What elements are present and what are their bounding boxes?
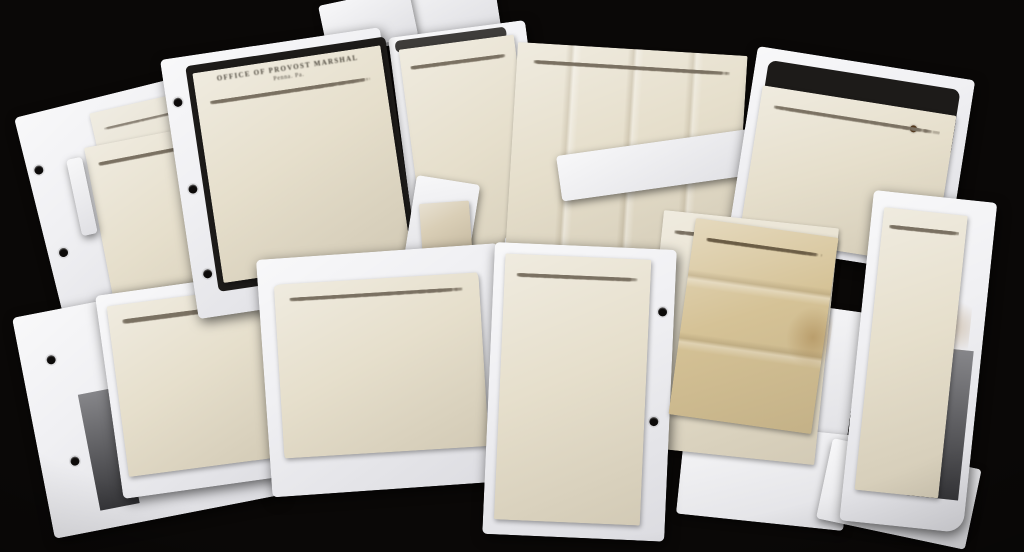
letter-bottom-center [274,272,489,458]
handwriting-line [99,148,177,166]
letter-tan [668,218,838,434]
letter-bottom-mid [494,253,651,525]
binder-hole [46,355,57,366]
binder-hole [33,165,44,176]
archival-sleeve-bottom-mid [482,242,677,542]
handwriting-block [122,302,281,462]
binder-hole [173,97,183,107]
binder-hole [188,184,198,194]
binder-hole [58,247,69,258]
handwriting-block [210,77,396,266]
handwriting-line [777,106,934,134]
handwriting-line [414,54,505,69]
binder-hole [203,269,213,279]
handwriting-line [294,287,462,300]
binder-hole [649,417,658,426]
archival-sleeve-bottom-center [256,243,514,497]
small-paper-chip [419,201,472,250]
letter-provost: OFFICE OF PROVOST MARSHAL Penna. Pa. [192,45,411,283]
handwriting-line [891,225,938,233]
handwriting-line [213,88,300,104]
handwriting-line [518,273,626,281]
binder-hole [70,456,81,467]
photo-stage: OFFICE OF PROVOST MARSHAL Penna. Pa. [0,0,1024,552]
binder-hole [658,307,667,316]
handwriting-block [289,287,474,444]
handwriting-block [683,237,823,416]
handwriting-block [506,273,639,507]
